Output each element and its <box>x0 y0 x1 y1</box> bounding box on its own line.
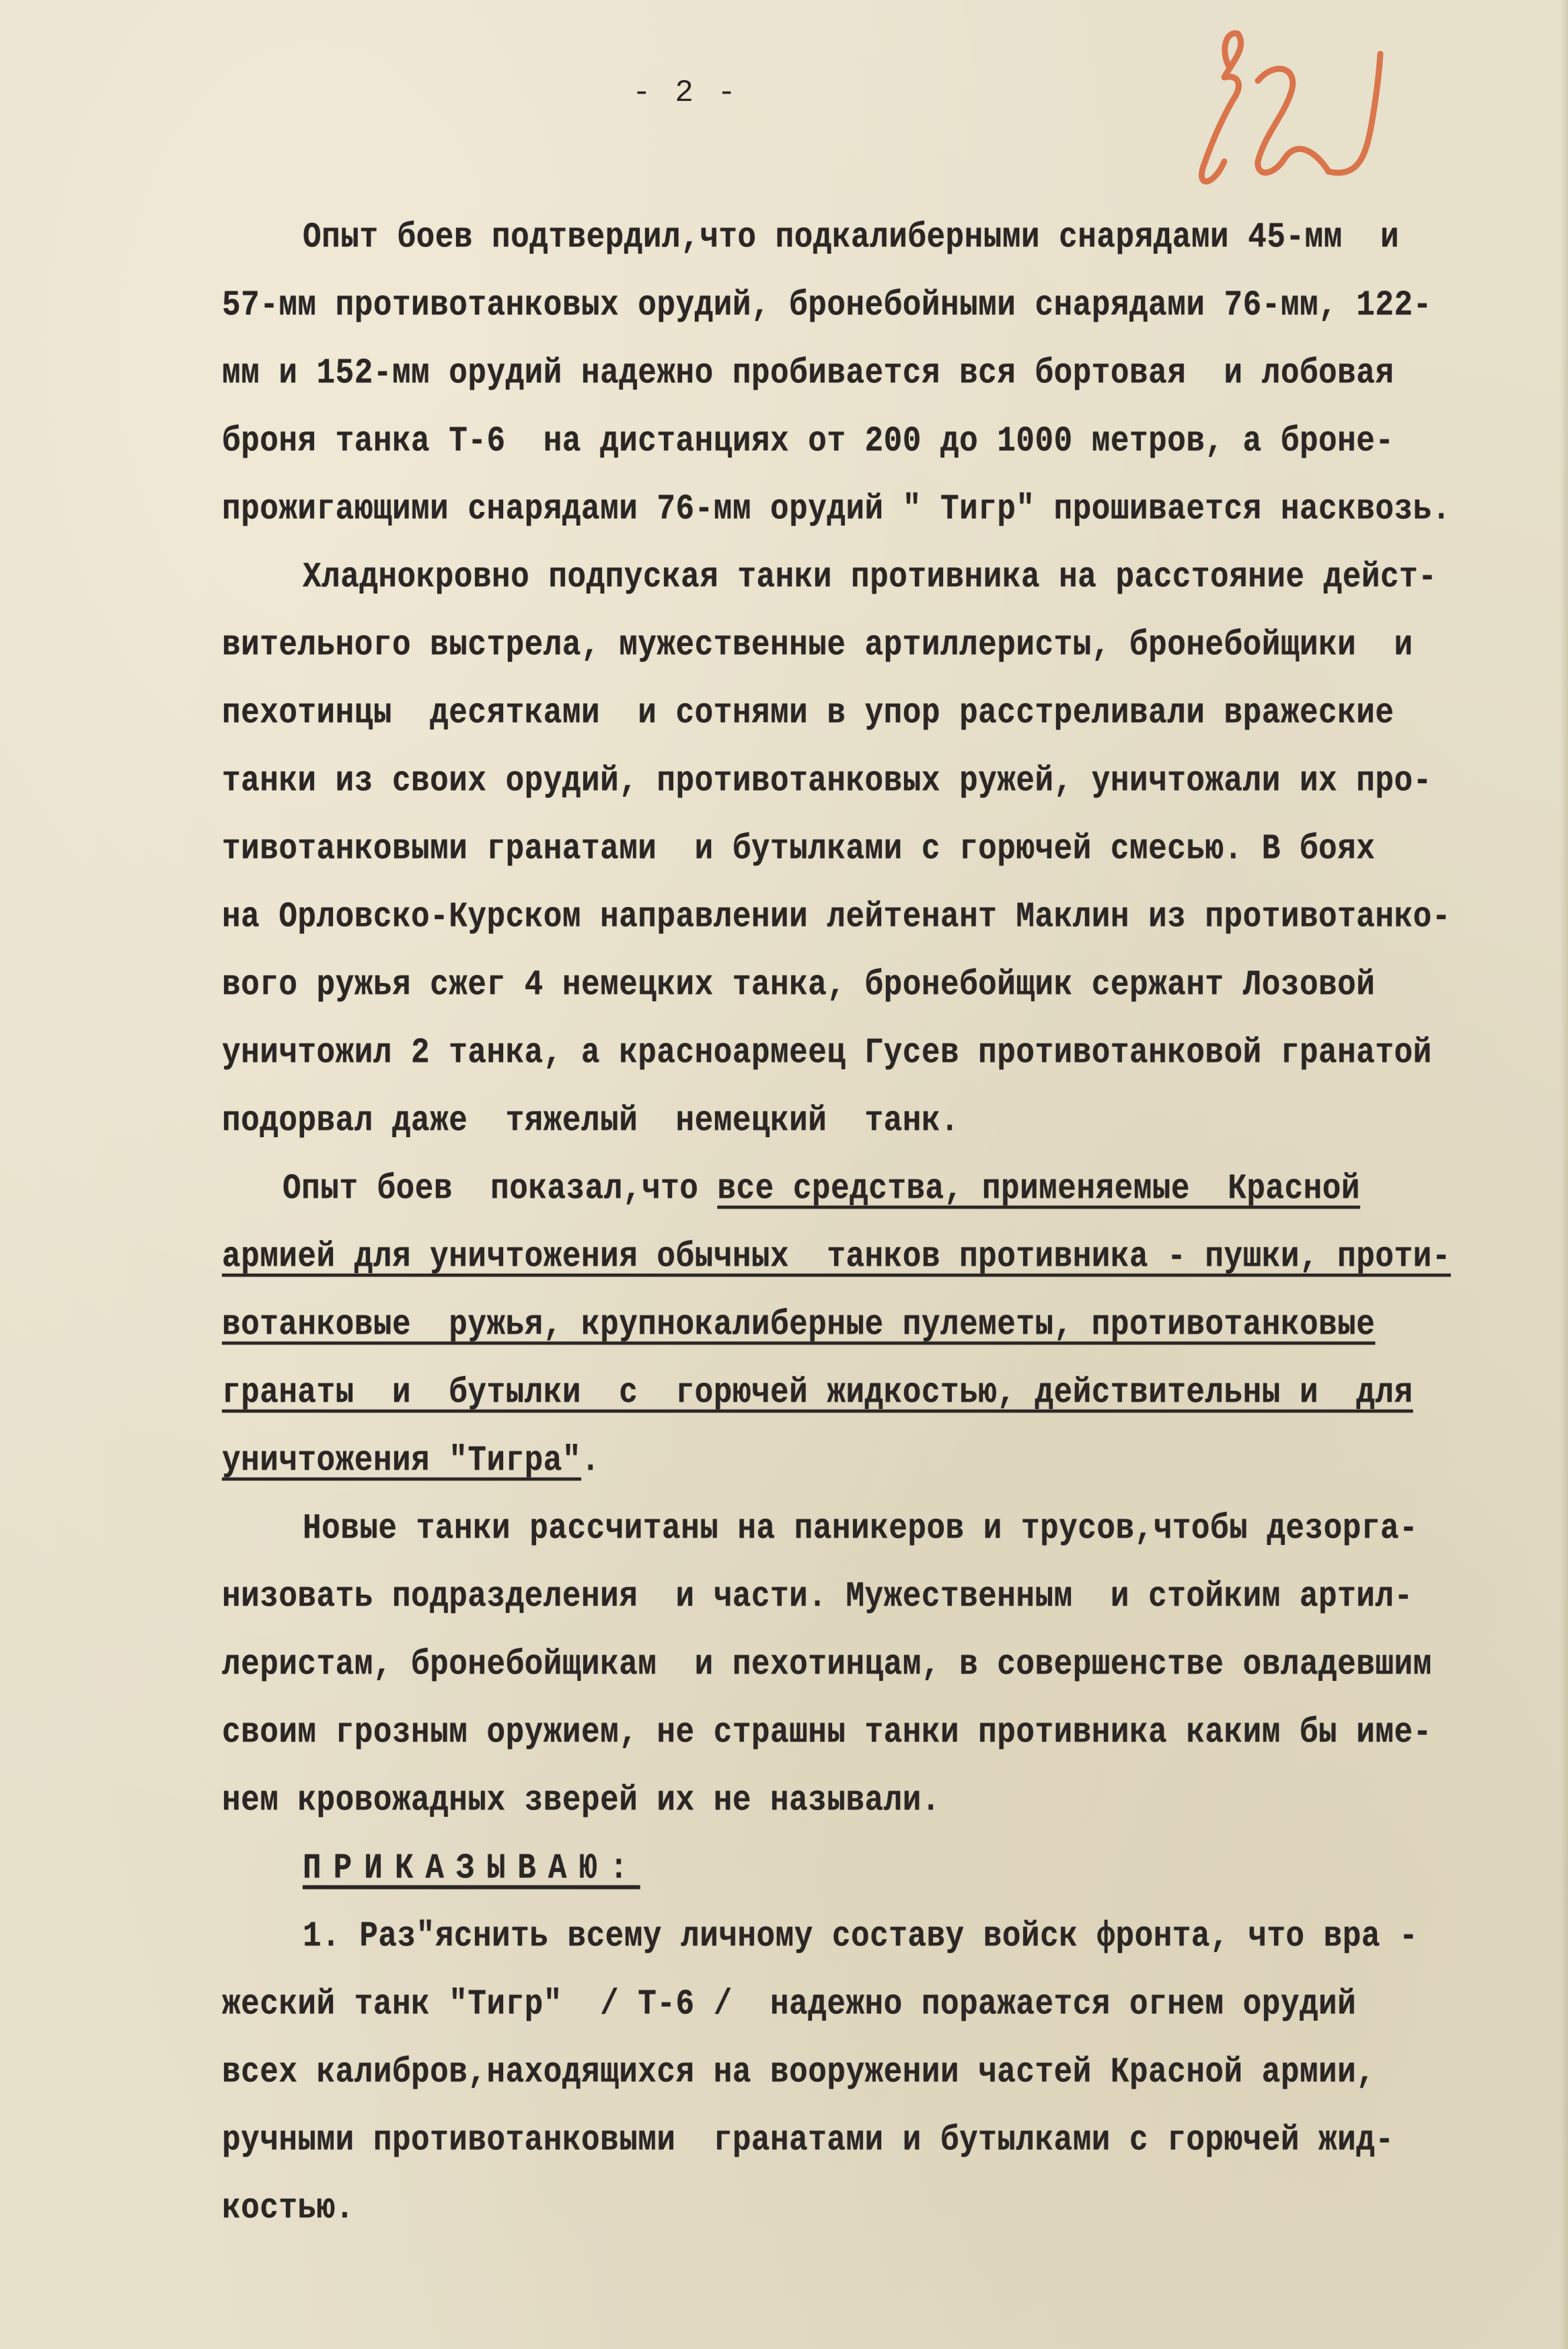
order-item-1: 1. Раз"яснить всему личному составу войс… <box>222 1913 1547 2253</box>
underlined-text: уничтожения "Тигра" <box>222 1441 581 1481</box>
text-line: нем кровожадных зверей их не называли. <box>222 1777 1547 1855</box>
text-line: вительного выстрела, мужественные артилл… <box>222 622 1547 700</box>
text-line: всех калибров,находящихся на вооружении … <box>222 2049 1547 2127</box>
text-line: 1. Раз"яснить всему личному составу войс… <box>222 1913 1547 1991</box>
paragraph-1: Опыт боев подтвердил,что подкалиберными … <box>222 214 1547 554</box>
text-line: уничтожил 2 танка, а красноармеец Гусев … <box>222 1029 1547 1108</box>
text-line: прожигающими снарядами 76-мм орудий " Ти… <box>222 486 1547 564</box>
paragraph-4: Новые танки рассчитаны на паникеров и тр… <box>222 1505 1547 1845</box>
text-line: жеский танк "Тигр" / Т-6 / надежно пораж… <box>222 1981 1547 2059</box>
document-body: Опыт боев подтвердил,что подкалиберными … <box>222 214 1547 2253</box>
plain-text: Опыт боев показал,что <box>283 1169 717 1209</box>
text-line: Опыт боев показал,что все средства, прим… <box>222 1165 1547 1243</box>
text-line: Хладнокровно подпуская танки противника … <box>222 554 1547 632</box>
handwritten-folio-number: 321 <box>1157 27 1440 202</box>
plain-text: . <box>581 1441 600 1481</box>
paper-right-edge <box>1560 0 1568 2349</box>
text-line: танки из своих орудий, противотанковых р… <box>222 758 1547 836</box>
text-line: леристам, бронебойщикам и пехотинцам, в … <box>222 1641 1547 1719</box>
text-line: подорвал даже тяжелый немецкий танк. <box>222 1097 1547 1176</box>
text-line: армией для уничтожения обычных танков пр… <box>222 1233 1547 1311</box>
text-line: ручными противотанковыми гранатами и бут… <box>222 2117 1547 2195</box>
underlined-text: армией для уничтожения обычных танков пр… <box>222 1237 1451 1277</box>
text-line: вого ружья сжег 4 немецких танка, бронеб… <box>222 962 1547 1040</box>
underlined-text: все средства, применяемые Красной <box>717 1169 1360 1209</box>
text-line: вотанковые ружья, крупнокалиберные пулем… <box>222 1301 1547 1379</box>
paragraph-2: Хладнокровно подпуская танки противника … <box>222 554 1547 1165</box>
text-line: уничтожения "Тигра". <box>222 1437 1547 1515</box>
page-number: - 2 - <box>632 75 739 110</box>
text-line: пехотинцы десятками и сотнями в упор рас… <box>222 690 1547 768</box>
underlined-text: вотанковые ружья, крупнокалиберные пулем… <box>222 1305 1375 1345</box>
text-line: мм и 152-мм орудий надежно пробивается в… <box>222 350 1547 428</box>
text-line: на Орловско-Курском направлении лейтенан… <box>222 894 1547 972</box>
text-line: Опыт боев подтвердил,что подкалиберными … <box>222 214 1547 292</box>
text-line: броня танка Т-6 на дистанциях от 200 до … <box>222 418 1547 496</box>
text-line: низовать подразделения и части. Мужестве… <box>222 1573 1547 1651</box>
text-line: тивотанковыми гранатами и бутылками с го… <box>222 826 1547 904</box>
folio-number-handwriting-icon <box>1157 27 1440 202</box>
text-line: 57-мм противотанковых орудий, бронебойны… <box>222 282 1547 360</box>
underlined-text: гранаты и бутылки с горючей жидкостью, д… <box>222 1373 1413 1413</box>
text-line: своим грозным оружием, не страшны танки … <box>222 1709 1547 1787</box>
paragraph-3-underlined-conclusion: Опыт боев показал,что все средства, прим… <box>222 1165 1547 1505</box>
order-heading: ПРИКАЗЫВАЮ: <box>222 1845 1547 1923</box>
text-line: Новые танки рассчитаны на паникеров и тр… <box>222 1505 1547 1583</box>
text-line: костью. <box>222 2185 1547 2263</box>
text-line: гранаты и бутылки с горючей жидкостью, д… <box>222 1369 1547 1447</box>
